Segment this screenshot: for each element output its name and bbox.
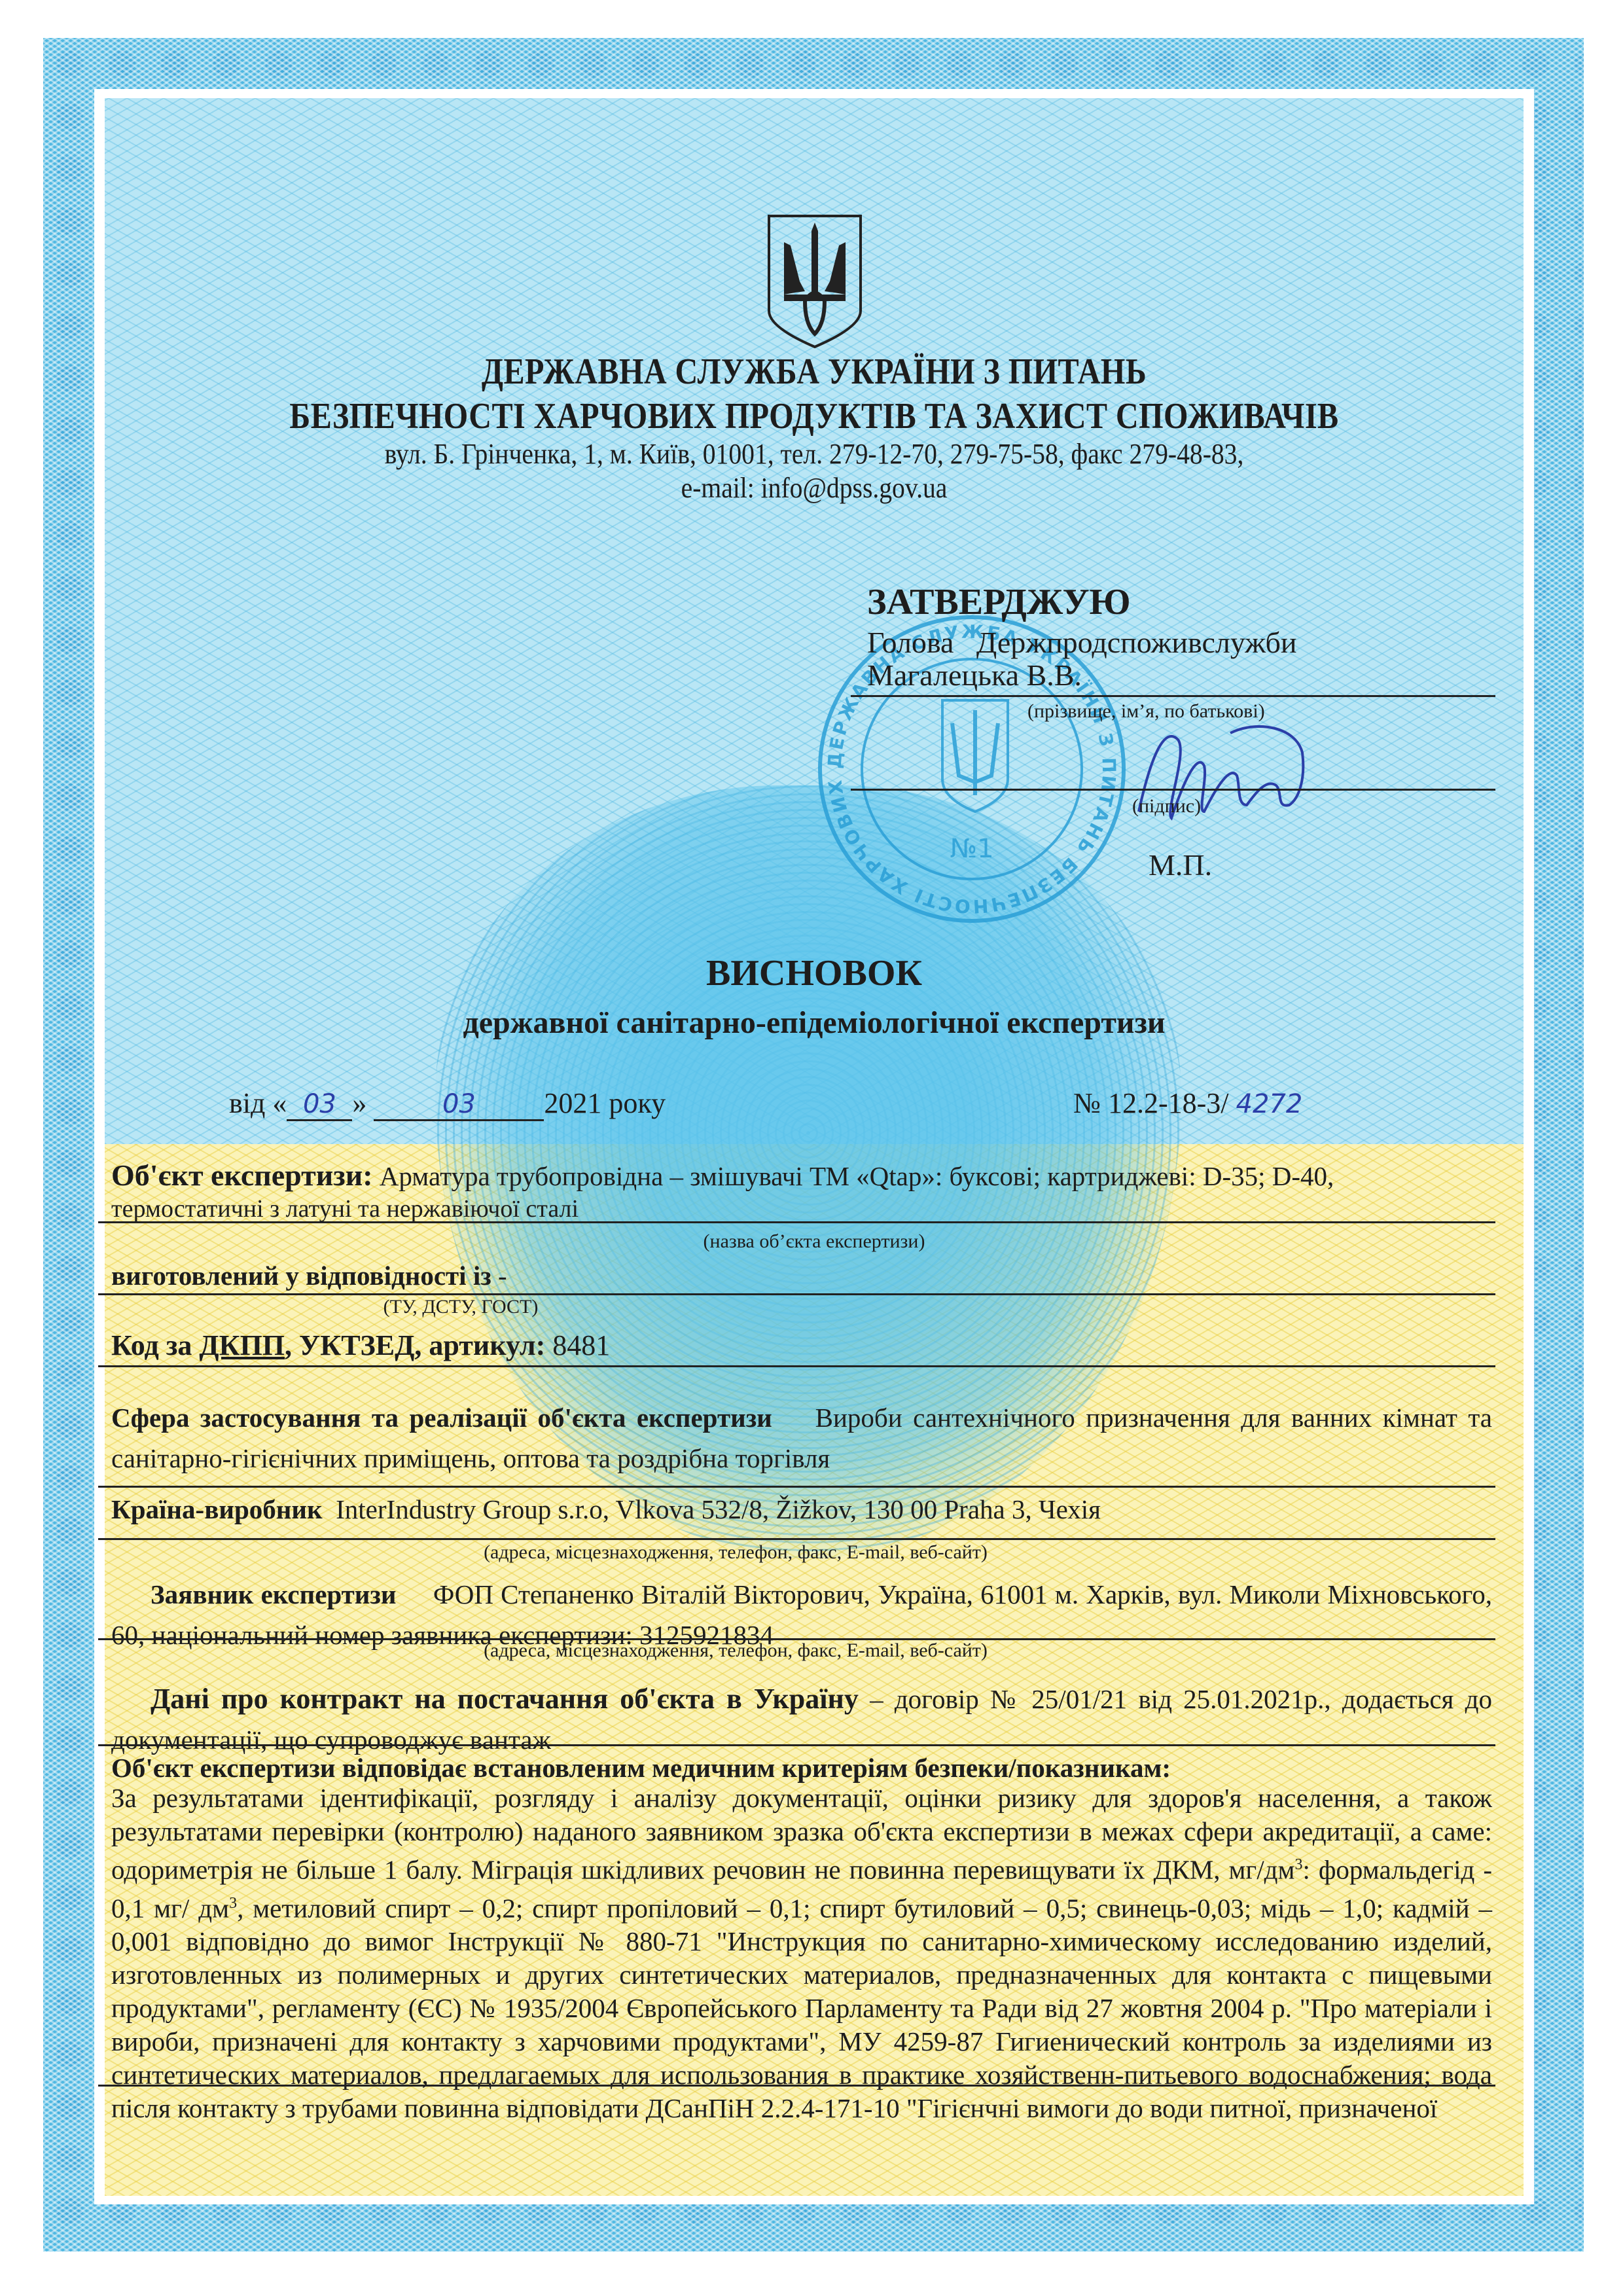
date-prefix: від «: [229, 1087, 287, 1119]
compliance-text: За результатами ідентифікації, розгляду …: [111, 1782, 1492, 2125]
org-name-line2: БЕЗПЕЧНОСТІ ХАРЧОВИХ ПРОДУКТІВ ТА ЗАХИСТ…: [204, 395, 1424, 437]
code-label-prefix: Код за: [111, 1329, 199, 1361]
manufacturer-rule: [98, 1538, 1495, 1540]
scope-rule: [98, 1486, 1495, 1488]
contract-label: Дані про контракт на постачання об'єкта …: [151, 1683, 859, 1715]
document-subtitle: державної санітарно-епідеміологічної екс…: [105, 1005, 1524, 1041]
date-day: 03: [287, 1089, 352, 1121]
manufacturer-caption: (адреса, місцезнаходження, телефон, факс…: [26, 1541, 1445, 1564]
manufactured-rule: [98, 1293, 1495, 1295]
code-label-dkpp: ДКПП: [199, 1329, 285, 1361]
section-manufacturer: Країна-виробник InterIndustry Group s.r.…: [111, 1489, 1492, 1530]
section-scope: Сфера застосування та реалізації об'єкта…: [111, 1397, 1492, 1479]
date-year: 2021 року: [544, 1087, 666, 1119]
manufactured-value: -: [498, 1261, 507, 1291]
manufactured-label: виготовлений у відповідності із: [111, 1261, 491, 1291]
code-value: 8481: [552, 1329, 610, 1361]
contract-rule: [98, 1744, 1495, 1746]
section-manufactured: виготовлений у відповідності із -: [111, 1255, 1492, 1296]
signature-caption: (підпис): [1132, 795, 1201, 817]
date-month: 03: [374, 1089, 544, 1121]
manufactured-caption: (ТУ, ДСТУ, ГОСТ): [0, 1296, 1170, 1318]
applicant-label: Заявник експертизи: [151, 1579, 397, 1609]
scope-label: Сфера застосування та реалізації об'єкта…: [111, 1403, 772, 1433]
document-date: від «03» 032021 року: [229, 1086, 666, 1121]
object-caption: (назва об’єкта експертизи): [105, 1230, 1524, 1253]
approver-position: Голова Держпродспоживслужби: [867, 625, 1296, 660]
seal-label: М.П.: [1149, 848, 1212, 882]
compliance-rule: [98, 2085, 1495, 2087]
document-title: ВИСНОВОК: [105, 952, 1524, 994]
org-name-line1: ДЕРЖАВНА СЛУЖБА УКРАЇНИ З ПИТАНЬ: [204, 351, 1424, 393]
number-handwritten: 4272: [1236, 1089, 1303, 1119]
signature-rule: [851, 789, 1495, 791]
date-mid: »: [352, 1087, 366, 1119]
code-rule: [98, 1365, 1495, 1367]
org-email: e-mail: info@dpss.gov.ua: [175, 471, 1452, 505]
approver-name: Магалецька В.В.: [867, 658, 1082, 692]
applicant-caption: (адреса, місцезнаходження, телефон, факс…: [26, 1640, 1445, 1662]
org-address: вул. Б. Грінченка, 1, м. Київ, 01001, те…: [175, 437, 1452, 471]
manufacturer-value: InterIndustry Group s.r.o, Vlkova 532/8,…: [336, 1494, 1101, 1524]
document-number: № 12.2-18-3/ 4272: [1073, 1086, 1302, 1120]
coat-of-arms-icon: [766, 213, 864, 350]
name-rule: [851, 695, 1495, 697]
approval-title: ЗАТВЕРДЖУЮ: [867, 581, 1131, 623]
stamp-number: №1: [950, 834, 993, 864]
code-label-suffix: , УКТЗЕД, артикул:: [285, 1329, 545, 1361]
number-prefix: № 12.2-18-3/: [1073, 1087, 1229, 1119]
object-label: Об'єкт експертизи:: [111, 1158, 373, 1192]
object-rule: [98, 1221, 1495, 1223]
object-value: Арматура трубопровідна – змішувачі ТМ «Q…: [380, 1161, 1334, 1191]
manufacturer-label: Країна-виробник: [111, 1494, 323, 1524]
section-code: Код за ДКПП, УКТЗЕД, артикул: 8481: [111, 1325, 1492, 1366]
